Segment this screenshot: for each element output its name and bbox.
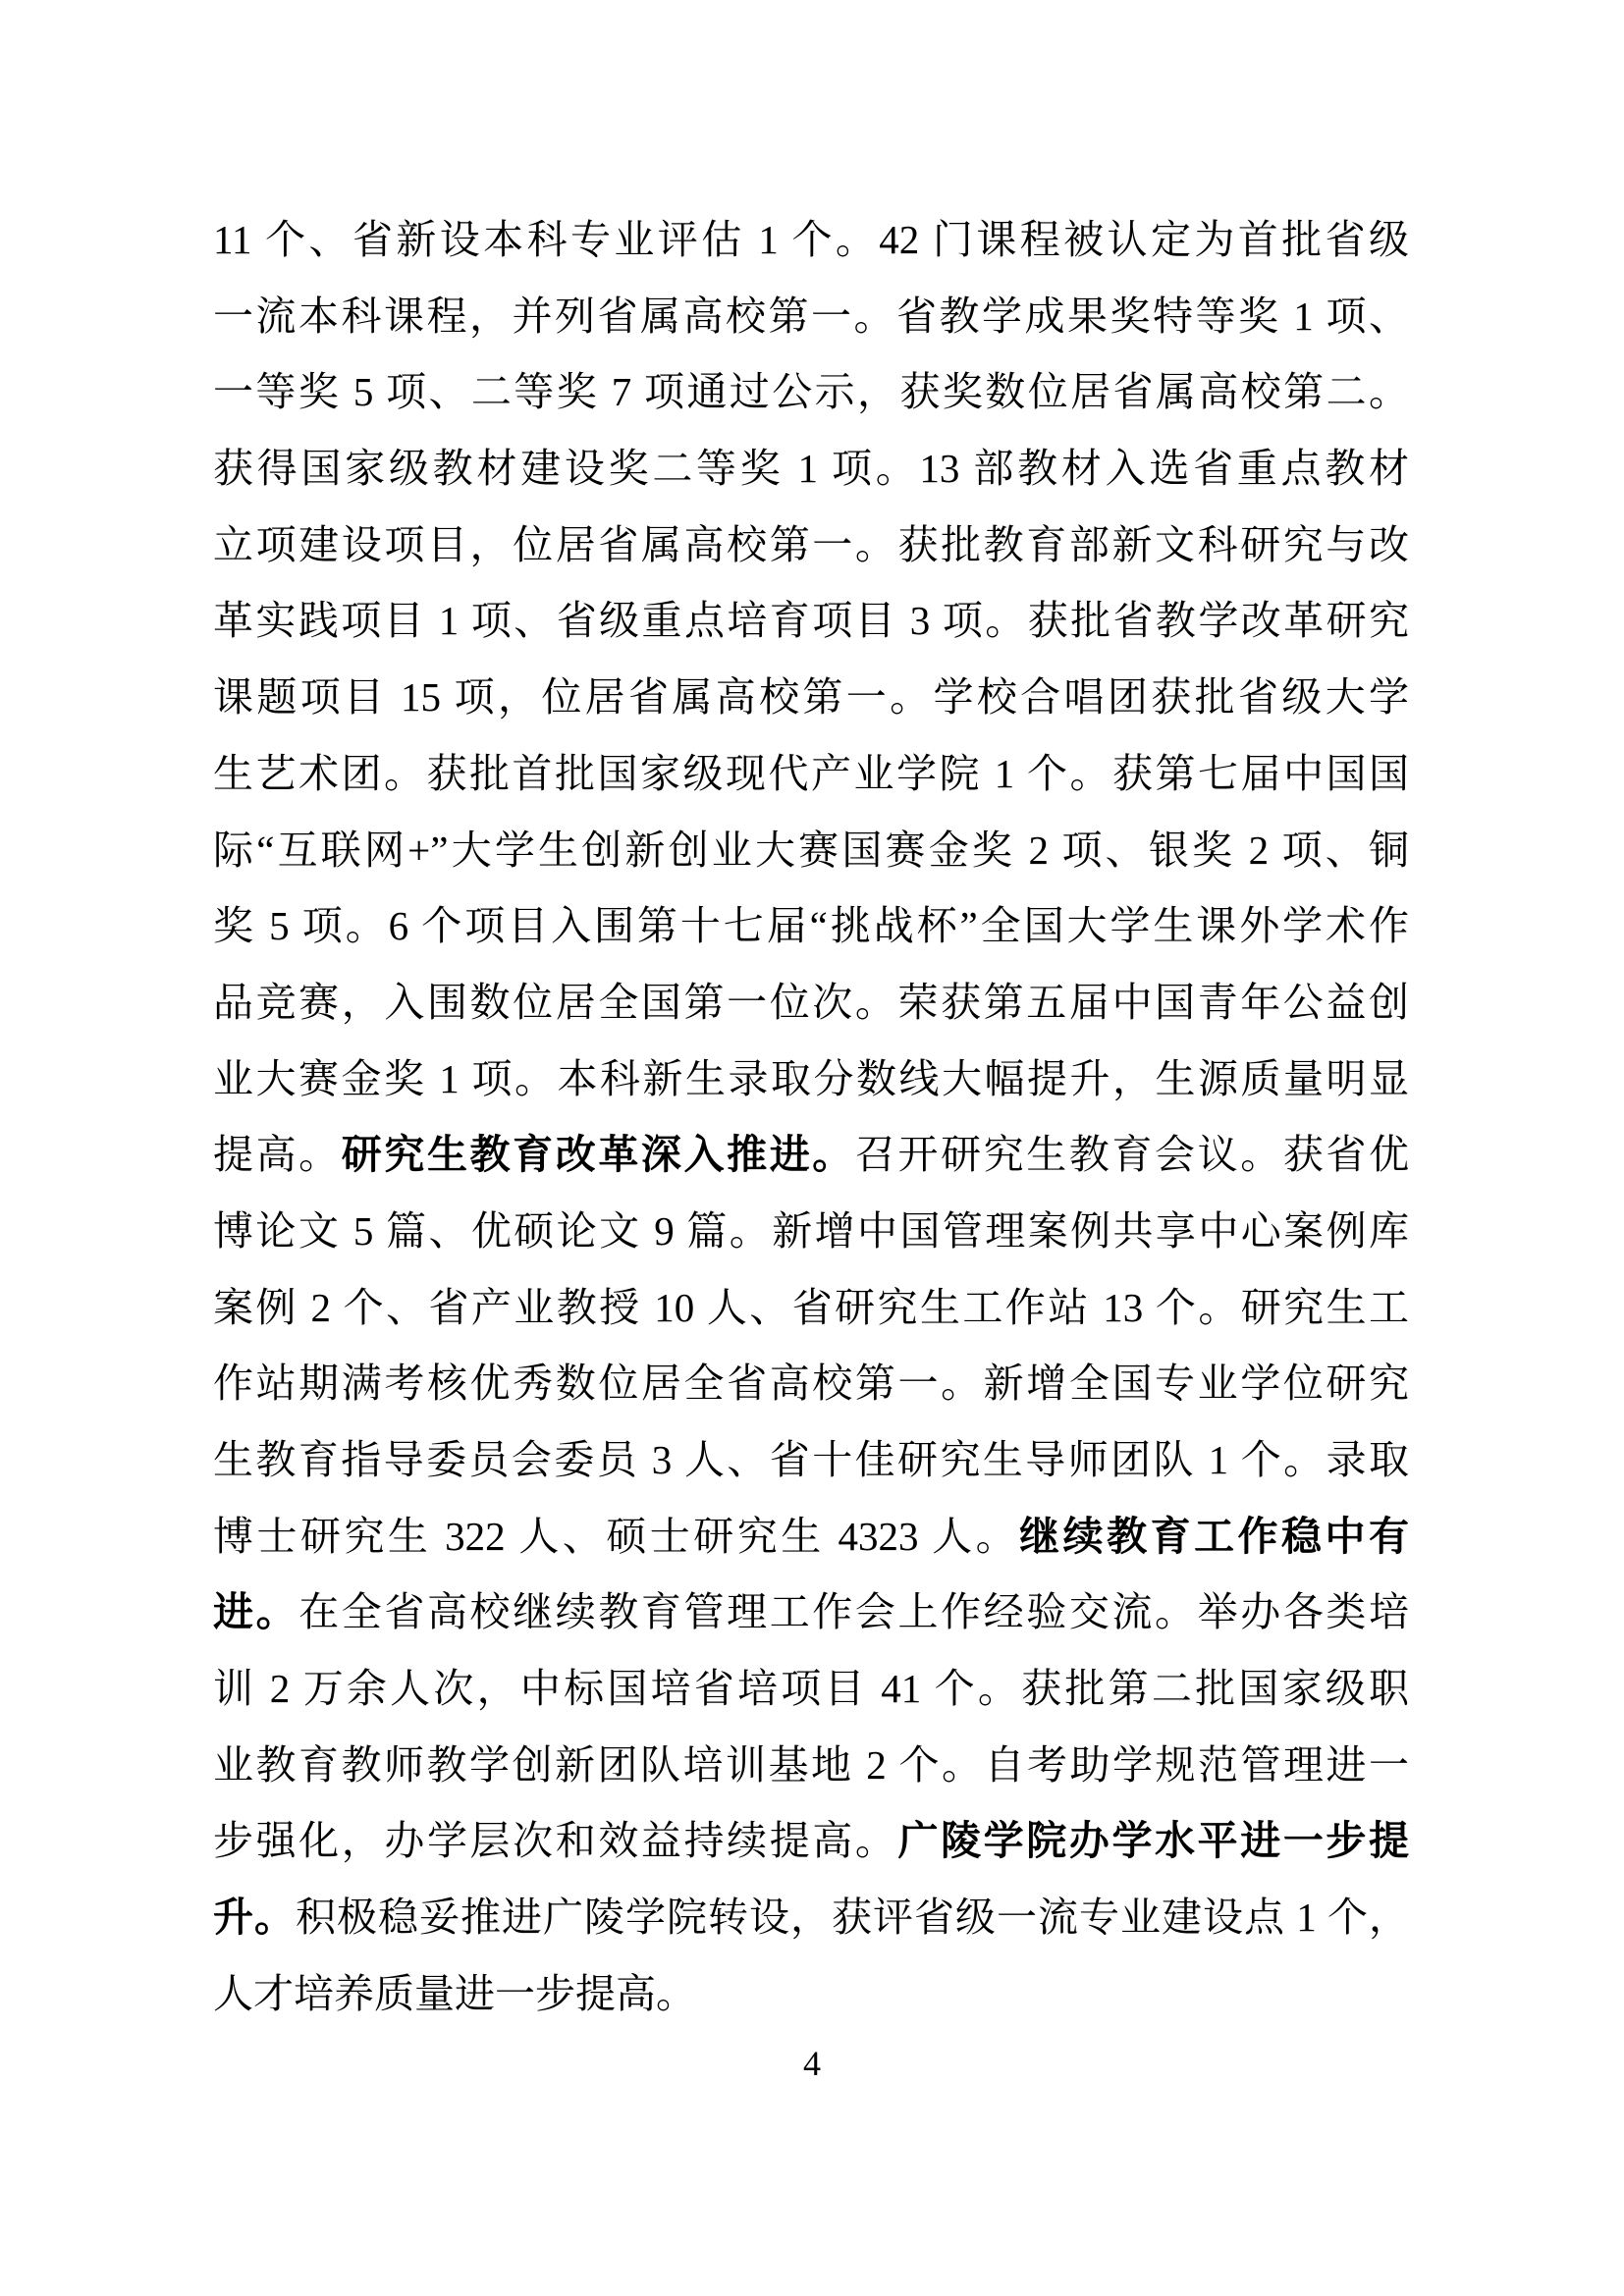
text-line: 一等奖 5 项、二等奖 7 项通过公示，获奖数位居省属高校第二。 bbox=[213, 354, 1409, 431]
text-segment: 革实践项目 1 项、省级重点培育项目 3 项。获批省教学改革研究 bbox=[213, 598, 1409, 643]
text-segment: 课题项目 15 项，位居省属高校第一。学校合唱团获批省级大学 bbox=[213, 674, 1409, 720]
text-line: 博士研究生 322 人、硕士研究生 4323 人。继续教育工作稳中有 bbox=[213, 1499, 1409, 1575]
text-line: 11 个、省新设本科专业评估 1 个。42 门课程被认定为首批省级 bbox=[213, 202, 1409, 279]
text-segment: 品竞赛，入围数位居全国第一位次。荣获第五届中国青年公益创 bbox=[213, 980, 1409, 1025]
bold-emphasis-text: 广陵学院办学水平进一步提 bbox=[897, 1818, 1409, 1863]
text-segment: 11 个、省新设本科专业评估 1 个。42 门课程被认定为首批省级 bbox=[213, 217, 1409, 262]
body-text: 11 个、省新设本科专业评估 1 个。42 门课程被认定为首批省级一流本科课程，… bbox=[213, 202, 1409, 2033]
text-line: 训 2 万余人次，中标国培省培项目 41 个。获批第二批国家级职 bbox=[213, 1651, 1409, 1728]
text-segment: 奖 5 项。6 个项目入围第十七届“挑战杯”全国大学生课外学术作 bbox=[213, 903, 1409, 948]
text-segment: 博士研究生 322 人、硕士研究生 4323 人。 bbox=[213, 1514, 1019, 1559]
text-line: 获得国家级教材建设奖二等奖 1 项。13 部教材入选省重点教材 bbox=[213, 431, 1409, 507]
text-line: 进。在全省高校继续教育管理工作会上作经验交流。举办各类培 bbox=[213, 1575, 1409, 1651]
text-segment: 生艺术团。获批首批国家级现代产业学院 1 个。获第七届中国国 bbox=[213, 751, 1409, 796]
bold-emphasis-text: 升。 bbox=[213, 1895, 296, 1940]
text-line: 品竞赛，入围数位居全国第一位次。荣获第五届中国青年公益创 bbox=[213, 965, 1409, 1041]
text-segment: 步强化，办学层次和效益持续提高。 bbox=[213, 1818, 897, 1863]
text-segment: 积极稳妥推进广陵学院转设，获评省级一流专业建设点 1 个， bbox=[296, 1895, 1409, 1940]
text-segment: 提高。 bbox=[213, 1132, 342, 1177]
text-line: 案例 2 个、省产业教授 10 人、省研究生工作站 13 个。研究生工 bbox=[213, 1270, 1409, 1347]
text-segment: 际“互联网+”大学生创新创业大赛国赛金奖 2 项、银奖 2 项、铜 bbox=[213, 828, 1409, 873]
text-segment: 生教育指导委员会委员 3 人、省十佳研究生导师团队 1 个。录取 bbox=[213, 1437, 1409, 1482]
text-segment: 立项建设项目，位居省属高校第一。获批教育部新文科研究与改 bbox=[213, 522, 1409, 567]
text-line: 革实践项目 1 项、省级重点培育项目 3 项。获批省教学改革研究 bbox=[213, 583, 1409, 660]
text-line: 际“互联网+”大学生创新创业大赛国赛金奖 2 项、银奖 2 项、铜 bbox=[213, 813, 1409, 889]
text-segment: 训 2 万余人次，中标国培省培项目 41 个。获批第二批国家级职 bbox=[213, 1666, 1409, 1711]
text-line: 生艺术团。获批首批国家级现代产业学院 1 个。获第七届中国国 bbox=[213, 736, 1409, 813]
text-line: 业教育教师教学创新团队培训基地 2 个。自考助学规范管理进一 bbox=[213, 1728, 1409, 1804]
page-number: 4 bbox=[0, 2044, 1624, 2083]
document-page: 11 个、省新设本科专业评估 1 个。42 门课程被认定为首批省级一流本科课程，… bbox=[0, 0, 1624, 2296]
bold-emphasis-text: 进。 bbox=[213, 1589, 298, 1634]
text-line: 奖 5 项。6 个项目入围第十七届“挑战杯”全国大学生课外学术作 bbox=[213, 888, 1409, 965]
text-line: 提高。研究生教育改革深入推进。召开研究生教育会议。获省优 bbox=[213, 1117, 1409, 1194]
text-segment: 召开研究生教育会议。获省优 bbox=[855, 1132, 1409, 1177]
text-line: 课题项目 15 项，位居省属高校第一。学校合唱团获批省级大学 bbox=[213, 660, 1409, 736]
text-segment: 业大赛金奖 1 项。本科新生录取分数线大幅提升，生源质量明显 bbox=[213, 1056, 1409, 1101]
text-line: 作站期满考核优秀数位居全省高校第一。新增全国专业学位研究 bbox=[213, 1346, 1409, 1422]
text-segment: 作站期满考核优秀数位居全省高校第一。新增全国专业学位研究 bbox=[213, 1361, 1409, 1406]
bold-emphasis-text: 研究生教育改革深入推进。 bbox=[342, 1132, 855, 1177]
text-line: 步强化，办学层次和效益持续提高。广陵学院办学水平进一步提 bbox=[213, 1803, 1409, 1880]
text-line: 立项建设项目，位居省属高校第一。获批教育部新文科研究与改 bbox=[213, 507, 1409, 584]
text-segment: 业教育教师教学创新团队培训基地 2 个。自考助学规范管理进一 bbox=[213, 1742, 1409, 1788]
text-line: 业大赛金奖 1 项。本科新生录取分数线大幅提升，生源质量明显 bbox=[213, 1041, 1409, 1118]
text-segment: 在全省高校继续教育管理工作会上作经验交流。举办各类培 bbox=[298, 1589, 1409, 1634]
text-line: 人才培养质量进一步提高。 bbox=[213, 1956, 1409, 2033]
text-segment: 案例 2 个、省产业教授 10 人、省研究生工作站 13 个。研究生工 bbox=[213, 1285, 1409, 1330]
text-line: 一流本科课程，并列省属高校第一。省教学成果奖特等奖 1 项、 bbox=[213, 279, 1409, 355]
text-segment: 一流本科课程，并列省属高校第一。省教学成果奖特等奖 1 项、 bbox=[213, 294, 1409, 339]
text-segment: 博论文 5 篇、优硕论文 9 篇。新增中国管理案例共享中心案例库 bbox=[213, 1208, 1409, 1254]
text-line: 生教育指导委员会委员 3 人、省十佳研究生导师团队 1 个。录取 bbox=[213, 1422, 1409, 1499]
text-segment: 获得国家级教材建设奖二等奖 1 项。13 部教材入选省重点教材 bbox=[213, 446, 1409, 491]
text-segment: 一等奖 5 项、二等奖 7 项通过公示，获奖数位居省属高校第二。 bbox=[213, 369, 1409, 414]
bold-emphasis-text: 继续教育工作稳中有 bbox=[1019, 1514, 1409, 1559]
text-line: 升。积极稳妥推进广陵学院转设，获评省级一流专业建设点 1 个， bbox=[213, 1880, 1409, 1956]
text-line: 博论文 5 篇、优硕论文 9 篇。新增中国管理案例共享中心案例库 bbox=[213, 1194, 1409, 1270]
text-segment: 人才培养质量进一步提高。 bbox=[213, 1971, 696, 2016]
